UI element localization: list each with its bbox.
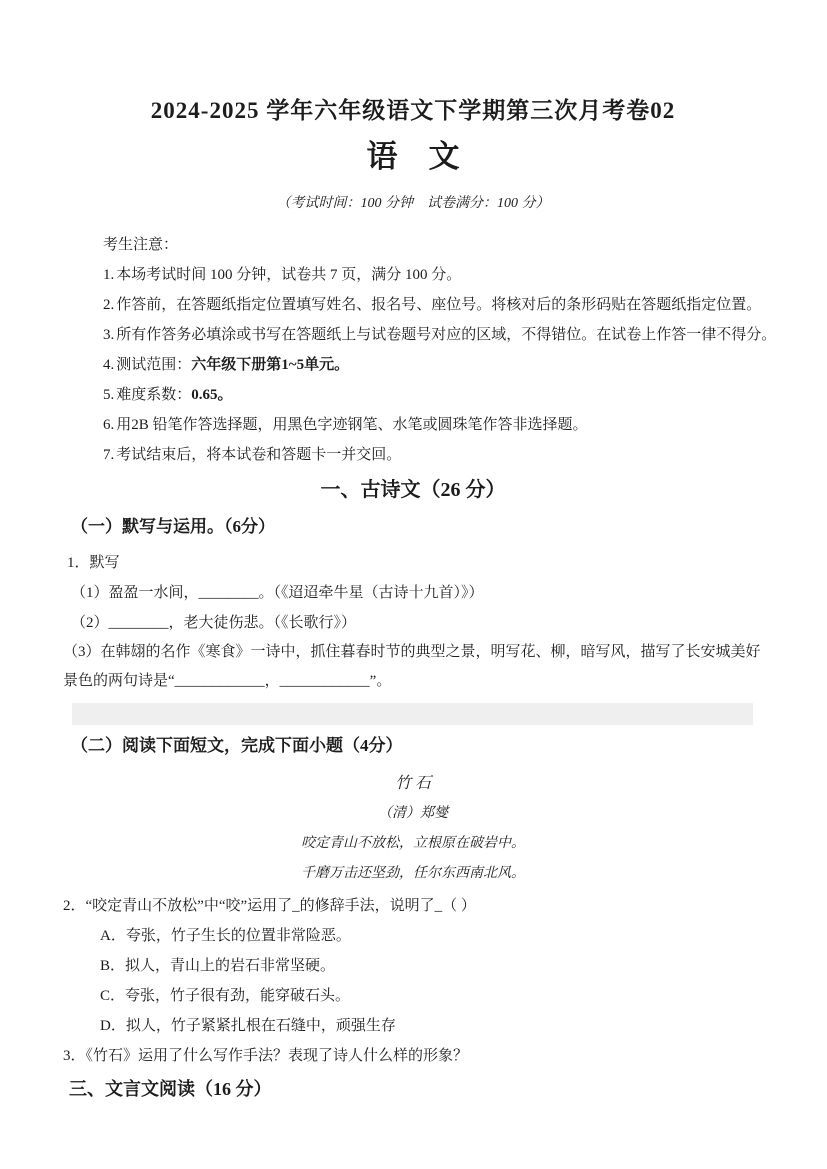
notice-item-text: 测试范围： — [116, 357, 191, 373]
question-3: 3．《竹石》运用了什么写作手法？表现了诗人什么样的形象？ — [63, 1041, 763, 1071]
notice-item-2: 2.作答前，在答题纸指定位置填写姓名、报名号、座位号。将核对后的条形码贴在答题纸… — [103, 290, 763, 320]
notice-item-1: 1.本场考试时间 100 分钟，试卷共 7 页，满分 100 分。 — [103, 260, 763, 290]
section-heading-ancient-poetry: 一、古诗文（26 分） — [63, 474, 763, 506]
notice-item-5: 5.难度系数：0.65。 — [103, 380, 763, 410]
notice-item-text: 作答前，在答题纸指定位置填写姓名、报名号、座位号。将核对后的条形码贴在答题纸指定… — [116, 297, 761, 313]
notice-item-number: 4. — [103, 357, 114, 373]
notice-item-text: 本场考试时间 100 分钟，试卷共 7 页，满分 100 分。 — [116, 267, 461, 283]
subsection-heading-dictation: （一）默写与运用。（6分） — [71, 512, 763, 542]
notice-item-text: 考试结束后，将本试卷和答题卡一并交回。 — [116, 447, 401, 463]
notice-item-7: 7.考试结束后，将本试卷和答题卡一并交回。 — [103, 440, 763, 470]
notice-item-number: 7. — [103, 447, 114, 463]
question-1-label: 1．默写 — [67, 548, 763, 578]
notice-item-4: 4.测试范围：六年级下册第1~5单元。 — [103, 350, 763, 380]
section-heading-classical-chinese: 三、文言文阅读（16 分） — [69, 1073, 763, 1105]
question-2-option-c: C．夸张，竹子很有劲，能穿破石头。 — [63, 981, 763, 1011]
subject-title: 语 文 — [63, 134, 763, 180]
notice-item-6: 6.用2B 铅笔作答选择题，用黑色字迹钢笔、水笔或圆珠笔作答非选择题。 — [103, 410, 763, 440]
candidate-notice: 考生注意： 1.本场考试时间 100 分钟，试卷共 7 页，满分 100 分。 … — [63, 230, 763, 470]
question-2-option-d: D．拟人，竹子紧紧扎根在石缝中，顽强生存 — [63, 1011, 763, 1041]
notice-item-3: 3.所有作答务必填涂或书写在答题纸上与试卷题号对应的区域，不得错位。在试卷上作答… — [103, 320, 763, 350]
poem-author: （清）郑燮 — [63, 799, 763, 829]
question-1-item-1: （1）盈盈一水间，________。（《迢迢牵牛星（古诗十九首）》） — [71, 578, 763, 608]
notice-item-bold-text: 0.65。 — [191, 387, 232, 403]
notice-item-text: 用2B 铅笔作答选择题，用黑色字迹钢笔、水笔或圆珠笔作答非选择题。 — [116, 417, 587, 433]
highlight-bar — [72, 703, 753, 725]
notice-item-number: 1. — [103, 267, 114, 283]
poem-line-2: 千磨万击还坚劲，任尔东西南北风。 — [63, 859, 763, 889]
poem-title: 竹 石 — [63, 769, 763, 799]
poem-block: 竹 石 （清）郑燮 咬定青山不放松，立根原在破岩中。 千磨万击还坚劲，任尔东西南… — [63, 769, 763, 889]
notice-item-number: 3. — [103, 327, 114, 343]
question-2-option-a: A．夸张，竹子生长的位置非常险恶。 — [63, 921, 763, 951]
notice-title: 考生注意： — [103, 230, 763, 260]
exam-title: 2024-2025 学年六年级语文下学期第三次月考卷02 — [63, 94, 763, 128]
subsection-heading-reading: （二）阅读下面短文，完成下面小题（4分） — [71, 731, 763, 761]
exam-info: （考试时间：100 分钟 试卷满分：100 分） — [63, 192, 763, 216]
question-1-item-3: （3）在韩翃的名作《寒食》一诗中，抓住暮春时节的典型之景，明写花、柳，暗写风，描… — [63, 638, 763, 696]
notice-item-number: 5. — [103, 387, 114, 403]
question-2-stem: 2．“咬定青山不放松”中“咬”运用了_的修辞手法，说明了_（ ） — [63, 891, 763, 921]
notice-item-text: 难度系数： — [116, 387, 191, 403]
notice-item-bold-text: 六年级下册第1~5单元。 — [191, 357, 349, 373]
poem-line-1: 咬定青山不放松，立根原在破岩中。 — [63, 829, 763, 859]
notice-item-text: 所有作答务必填涂或书写在答题纸上与试卷题号对应的区域，不得错位。在试卷上作答一律… — [116, 327, 776, 343]
question-1-item-2: （2）________，老大徒伤悲。（《长歌行》） — [71, 608, 763, 638]
notice-item-number: 6. — [103, 417, 114, 433]
exam-paper-page: 2024-2025 学年六年级语文下学期第三次月考卷02 语 文 （考试时间：1… — [0, 0, 827, 1169]
notice-item-number: 2. — [103, 297, 114, 313]
question-2-option-b: B．拟人，青山上的岩石非常坚硬。 — [63, 951, 763, 981]
